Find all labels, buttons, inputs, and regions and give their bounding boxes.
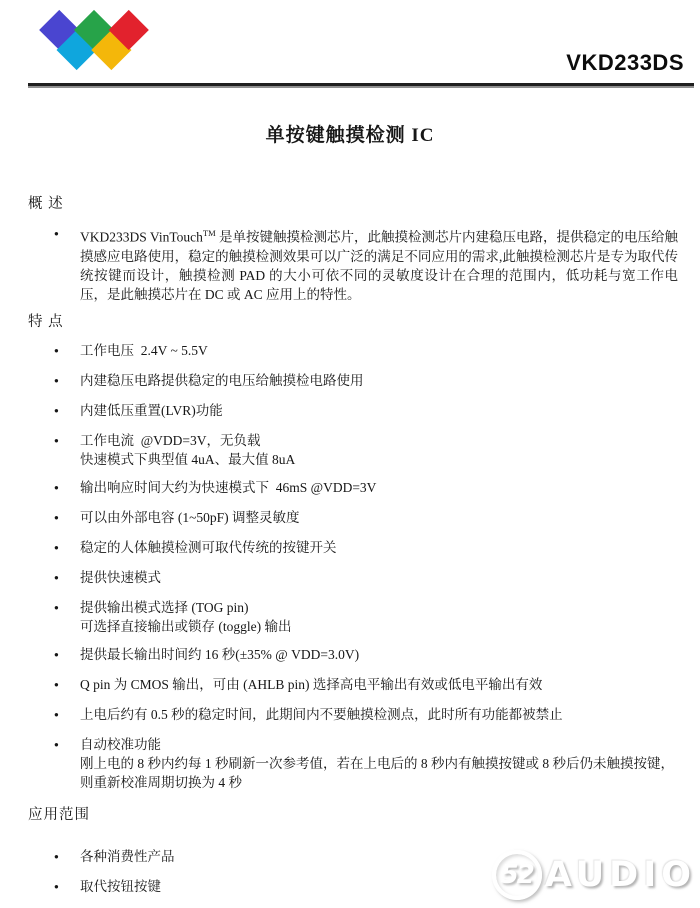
- overview-paragraph: VKD233DS VinTouchTM 是单按键触摸检测芯片，此触摸检测芯片内建…: [80, 224, 678, 304]
- bullet-icon: [28, 341, 80, 362]
- feature-line: 输出响应时间大约为快速模式下 46mS @VDD=3V: [80, 478, 678, 497]
- feature-line: 可以由外部电容 (1~50pF) 调整灵敏度: [80, 508, 678, 527]
- feature-line: 稳定的人体触摸检测可取代传统的按键开关: [80, 538, 678, 557]
- vinka-diamonds-logo-icon: [38, 8, 150, 72]
- feature-line: 内建稳压电路提供稳定的电压给触摸检电路使用: [80, 371, 678, 390]
- overview-text-before: VKD233DS VinTouch: [80, 230, 203, 245]
- bullet-icon: [28, 538, 80, 559]
- bullet-icon: [28, 224, 80, 245]
- bullet-icon: [28, 847, 80, 868]
- feature-item: 输出响应时间大约为快速模式下 46mS @VDD=3V: [28, 478, 678, 499]
- feature-line: 提供最长输出时间约 16 秒(±35% @ VDD=3.0V): [80, 645, 678, 664]
- feature-line: 上电后约有 0.5 秒的稳定时间，此期间内不要触摸检测点，此时所有功能都被禁止: [80, 705, 678, 724]
- feature-item: 自动校准功能 刚上电的 8 秒内约每 1 秒刷新一次参考值，若在上电后的 8 秒…: [28, 735, 678, 792]
- feature-item: 稳定的人体触摸检测可取代传统的按键开关: [28, 538, 678, 559]
- feature-line: 内建低压重置(LVR)功能: [80, 401, 678, 420]
- watermark-word: AUDIO: [545, 855, 696, 895]
- 52audio-badge-icon: 52: [492, 850, 542, 900]
- feature-line: 自动校准功能: [80, 735, 678, 754]
- datasheet-page: VKD233DS 单按键触摸检测 IC 概 述 VKD233DS VinTouc…: [0, 0, 700, 908]
- feature-item: Q pin 为 CMOS 输出，可由 (AHLB pin) 选择高电平输出有效或…: [28, 675, 678, 696]
- feature-line: 工作电压 2.4V ~ 5.5V: [80, 341, 678, 360]
- feature-item: 可以由外部电容 (1~50pF) 调整灵敏度: [28, 508, 678, 529]
- feature-item: 内建低压重置(LVR)功能: [28, 401, 678, 422]
- bullet-icon: [28, 508, 80, 529]
- feature-item: 提供输出模式选择 (TOG pin) 可选择直接输出或锁存 (toggle) 输…: [28, 598, 678, 636]
- feature-line: 可选择直接输出或锁存 (toggle) 输出: [80, 617, 678, 636]
- bullet-icon: [28, 735, 80, 756]
- overview-item: VKD233DS VinTouchTM 是单按键触摸检测芯片，此触摸检测芯片内建…: [28, 224, 678, 304]
- bullet-icon: [28, 877, 80, 898]
- bullet-icon: [28, 675, 80, 696]
- watermark-number: 52: [501, 860, 533, 890]
- overview-heading: 概 述: [28, 195, 678, 214]
- header-rule: [28, 83, 694, 86]
- feature-item: 提供最长输出时间约 16 秒(±35% @ VDD=3.0V): [28, 645, 678, 666]
- feature-item: 内建稳压电路提供稳定的电压给触摸检电路使用: [28, 371, 678, 392]
- part-number: VKD233DS: [566, 50, 684, 76]
- features-heading: 特 点: [28, 313, 678, 332]
- bullet-icon: [28, 705, 80, 726]
- feature-line: 提供快速模式: [80, 568, 678, 587]
- 52audio-watermark: 52 AUDIO: [492, 850, 696, 900]
- feature-item: 提供快速模式: [28, 568, 678, 589]
- applications-heading: 应用范围: [28, 806, 678, 825]
- bullet-icon: [28, 598, 80, 619]
- trademark-sup: TM: [203, 228, 216, 238]
- feature-line: 提供输出模式选择 (TOG pin): [80, 598, 678, 617]
- feature-item: 工作电压 2.4V ~ 5.5V: [28, 341, 678, 362]
- bullet-icon: [28, 401, 80, 422]
- feature-line: 刚上电的 8 秒内约每 1 秒刷新一次参考值，若在上电后的 8 秒内有触摸按键或…: [80, 754, 678, 792]
- feature-item: 上电后约有 0.5 秒的稳定时间，此期间内不要触摸检测点，此时所有功能都被禁止: [28, 705, 678, 726]
- feature-line: 工作电流 @VDD=3V，无负载: [80, 431, 678, 450]
- bullet-icon: [28, 478, 80, 499]
- feature-line: Q pin 为 CMOS 输出，可由 (AHLB pin) 选择高电平输出有效或…: [80, 675, 678, 694]
- bullet-icon: [28, 645, 80, 666]
- bullet-icon: [28, 568, 80, 589]
- feature-line: 快速模式下典型值 4uA、最大值 8uA: [80, 450, 678, 469]
- bullet-icon: [28, 371, 80, 392]
- bullet-icon: [28, 431, 80, 452]
- feature-item: 工作电流 @VDD=3V，无负载 快速模式下典型值 4uA、最大值 8uA: [28, 431, 678, 469]
- page-title: 单按键触摸检测 IC: [0, 120, 700, 147]
- page-content: 概 述 VKD233DS VinTouchTM 是单按键触摸检测芯片，此触摸检测…: [28, 195, 678, 907]
